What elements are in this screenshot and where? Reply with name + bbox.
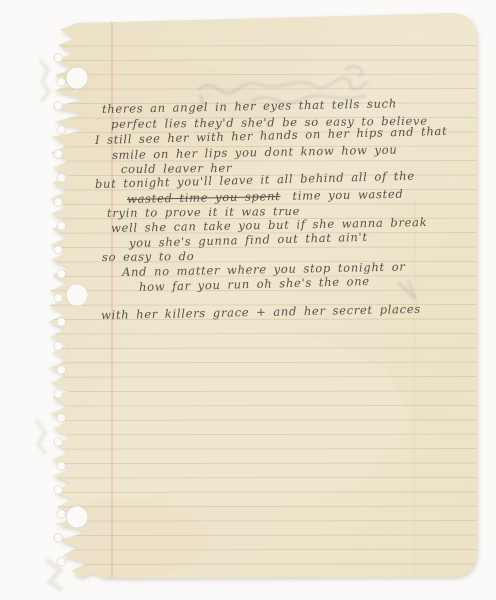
scanned-manuscript-page: theres an angel in her eyes that tells s… (0, 0, 496, 600)
notebook-paper (0, 0, 496, 600)
